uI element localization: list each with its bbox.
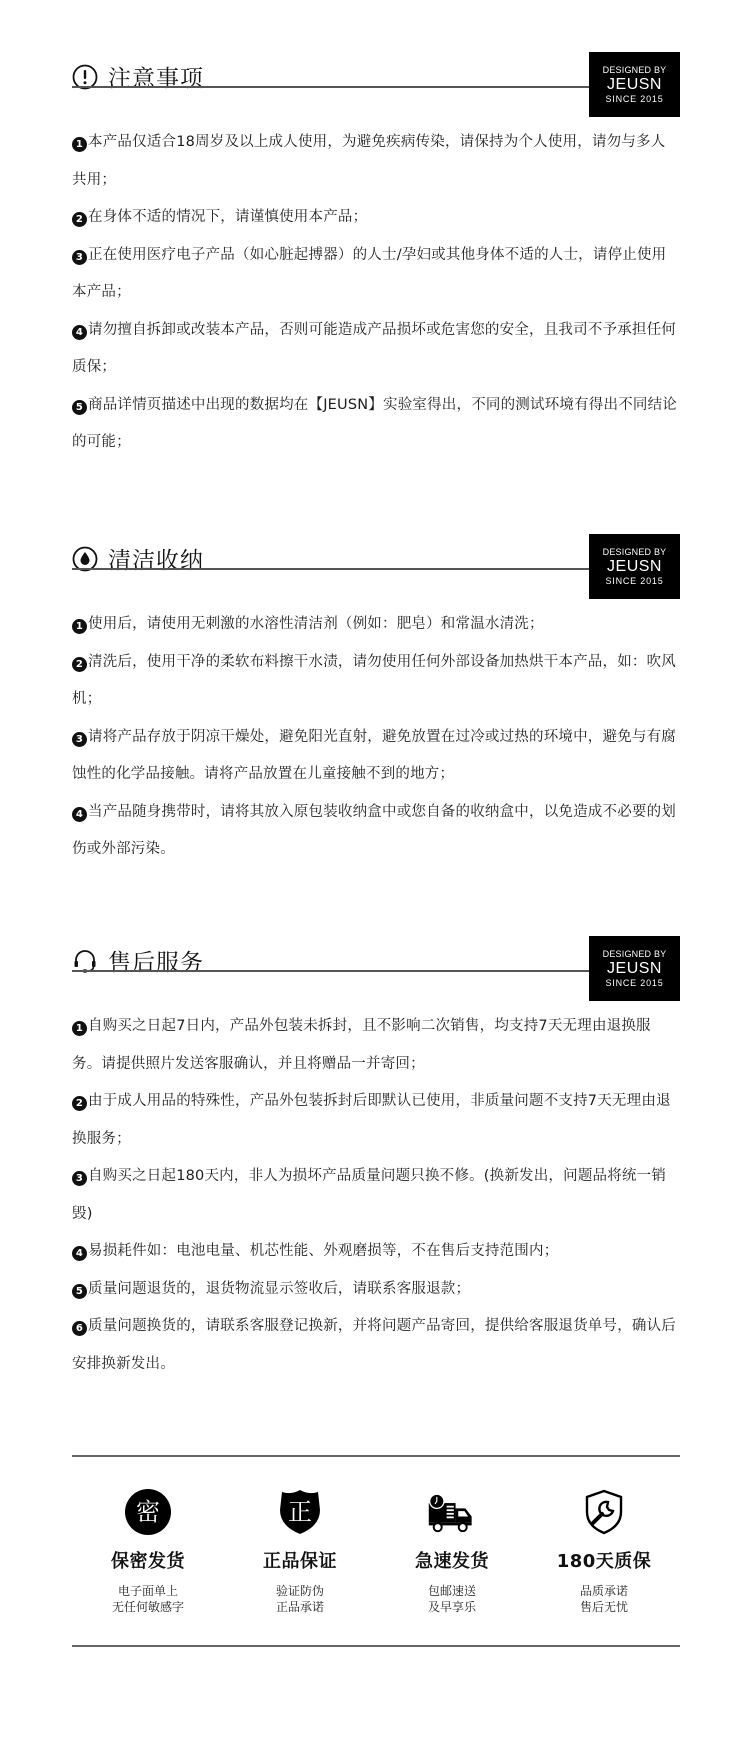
badge-line1: DESIGNED BY <box>603 950 667 959</box>
section-title: 清洁收纳 <box>72 542 204 575</box>
feature-subtitle: 电子面单上无任何敏感字 <box>112 1583 184 1615</box>
feature-title: 急速发货 <box>415 1547 489 1573</box>
list-item: 2在身体不适的情况下，请谨慎使用本产品； <box>72 199 680 237</box>
number-badge: 1 <box>72 1021 87 1036</box>
feature-strip: 密 保密发货 电子面单上无任何敏感字 正 正品保证 验证防伪正品承诺 急速发货 … <box>72 1487 680 1615</box>
badge-brand: JEUSN <box>607 961 662 977</box>
item-text: 本产品仅适合18周岁及以上成人使用，为避免疾病传染，请保持为个人使用，请勿与多人… <box>72 134 665 188</box>
section-divider <box>72 568 592 570</box>
badge-line1: DESIGNED BY <box>603 548 667 557</box>
list-item: 1自购买之日起7日内，产品外包装未拆封，且不影响二次销售，均支持7天无理由退换服… <box>72 1008 680 1083</box>
brand-badge: DESIGNED BY JEUSN SINCE 2015 <box>589 534 680 599</box>
item-text: 在身体不适的情况下，请谨慎使用本产品； <box>88 209 367 225</box>
section-notice: 注意事项 DESIGNED BY JEUSN SINCE 2015 1本产品仅适… <box>72 50 680 462</box>
item-text: 商品详情页描述中出现的数据均在【JEUSN】实验室得出，不同的测试环境有得出不同… <box>72 397 677 451</box>
list-item: 4请勿擅自拆卸或改装本产品，否则可能造成产品损坏或危害您的安全，且我司不予承担任… <box>72 312 680 387</box>
list-item: 3正在使用医疗电子产品（如心脏起搏器）的人士/孕妇或其他身体不适的人士，请停止使… <box>72 237 680 312</box>
number-badge: 2 <box>72 657 87 672</box>
item-text: 清洗后，使用干净的柔软布料擦干水渍，请勿使用任何外部设备加热烘干本产品，如：吹风… <box>72 654 676 708</box>
feature-title: 正品保证 <box>263 1547 337 1573</box>
feature-genuine: 正 正品保证 验证防伪正品承诺 <box>224 1487 376 1615</box>
section-header: 售后服务 DESIGNED BY JEUSN SINCE 2015 <box>72 934 680 1004</box>
section-title: 售后服务 <box>72 944 204 977</box>
feature-divider-top <box>72 1455 680 1457</box>
list-item: 1本产品仅适合18周岁及以上成人使用，为避免疾病传染，请保持为个人使用，请勿与多… <box>72 124 680 199</box>
number-badge: 3 <box>72 1171 87 1186</box>
list-item: 4当产品随身携带时，请将其放入原包装收纳盒中或您自备的收纳盒中，以免造成不必要的… <box>72 794 680 869</box>
section-header: 注意事项 DESIGNED BY JEUSN SINCE 2015 <box>72 50 680 120</box>
item-text: 请将产品存放于阴凉干燥处，避免阳光直射，避免放置在过冷或过热的环境中，避免与有腐… <box>72 729 676 783</box>
section-divider <box>72 970 592 972</box>
section-cleaning: 清洁收纳 DESIGNED BY JEUSN SINCE 2015 1使用后，请… <box>72 532 680 869</box>
item-text: 自购买之日起7日内，产品外包装未拆封，且不影响二次销售，均支持7天无理由退换服务… <box>72 1018 651 1072</box>
feature-subtitle: 品质承诺售后无忧 <box>580 1583 628 1615</box>
list-item: 5质量问题退货的，退货物流显示签收后，请联系客服退款； <box>72 1271 680 1309</box>
secret-seal-icon: 密 <box>123 1487 173 1537</box>
number-badge: 3 <box>72 250 87 265</box>
feature-title: 保密发货 <box>111 1547 185 1573</box>
badge-line3: SINCE 2015 <box>605 979 663 988</box>
brand-badge: DESIGNED BY JEUSN SINCE 2015 <box>589 936 680 1001</box>
after-sales-list: 1自购买之日起7日内，产品外包装未拆封，且不影响二次销售，均支持7天无理由退换服… <box>72 1008 680 1383</box>
section-title-text: 注意事项 <box>108 60 204 93</box>
badge-line1: DESIGNED BY <box>603 66 667 75</box>
list-item: 6质量问题换货的，请联系客服登记换新，并将问题产品寄回，提供给客服退货单号，确认… <box>72 1308 680 1383</box>
item-text: 由于成人用品的特殊性，产品外包装拆封后即默认已使用，非质量问题不支持7天无理由退… <box>72 1093 671 1147</box>
number-badge: 4 <box>72 325 87 340</box>
item-text: 自购买之日起180天内，非人为损坏产品质量问题只换不修。(换新发出，问题品将统一… <box>72 1168 666 1222</box>
feature-secret-shipping: 密 保密发货 电子面单上无任何敏感字 <box>72 1487 224 1615</box>
list-item: 2清洗后，使用干净的柔软布料擦干水渍，请勿使用任何外部设备加热烘干本产品，如：吹… <box>72 644 680 719</box>
number-badge: 1 <box>72 619 87 634</box>
item-text: 正在使用医疗电子产品（如心脏起搏器）的人士/孕妇或其他身体不适的人士，请停止使用… <box>72 247 666 301</box>
cleaning-list: 1使用后，请使用无刺激的水溶性清洁剂（例如：肥皂）和常温水清洗； 2清洗后，使用… <box>72 606 680 869</box>
list-item: 3自购买之日起180天内，非人为损坏产品质量问题只换不修。(换新发出，问题品将统… <box>72 1158 680 1233</box>
feature-subtitle: 验证防伪正品承诺 <box>276 1583 324 1615</box>
list-item: 1使用后，请使用无刺激的水溶性清洁剂（例如：肥皂）和常温水清洗； <box>72 606 680 644</box>
feature-divider-bottom <box>72 1645 680 1647</box>
item-text: 质量问题换货的，请联系客服登记换新，并将问题产品寄回，提供给客服退货单号，确认后… <box>72 1318 676 1372</box>
item-text: 易损耗件如：电池电量、机芯性能、外观磨损等，不在售后支持范围内； <box>88 1243 558 1259</box>
brand-badge: DESIGNED BY JEUSN SINCE 2015 <box>589 52 680 117</box>
number-badge: 2 <box>72 1096 87 1111</box>
number-badge: 4 <box>72 807 87 822</box>
svg-text:密: 密 <box>136 1498 160 1526</box>
item-text: 请勿擅自拆卸或改装本产品，否则可能造成产品损坏或危害您的安全，且我司不予承担任何… <box>72 322 676 376</box>
section-header: 清洁收纳 DESIGNED BY JEUSN SINCE 2015 <box>72 532 680 602</box>
number-badge: 3 <box>72 732 87 747</box>
number-badge: 6 <box>72 1321 87 1336</box>
section-divider <box>72 86 592 88</box>
badge-line3: SINCE 2015 <box>605 95 663 104</box>
number-badge: 5 <box>72 1284 87 1299</box>
list-item: 3请将产品存放于阴凉干燥处，避免阳光直射，避免放置在过冷或过热的环境中，避免与有… <box>72 719 680 794</box>
wrench-shield-icon <box>579 1487 629 1537</box>
number-badge: 4 <box>72 1246 87 1261</box>
list-item: 2由于成人用品的特殊性，产品外包装拆封后即默认已使用，非质量问题不支持7天无理由… <box>72 1083 680 1158</box>
feature-warranty: 180天质保 品质承诺售后无忧 <box>528 1487 680 1615</box>
notice-list: 1本产品仅适合18周岁及以上成人使用，为避免疾病传染，请保持为个人使用，请勿与多… <box>72 124 680 462</box>
badge-line3: SINCE 2015 <box>605 577 663 586</box>
badge-brand: JEUSN <box>607 77 662 93</box>
feature-title: 180天质保 <box>557 1547 652 1573</box>
number-badge: 5 <box>72 400 87 415</box>
number-badge: 1 <box>72 137 87 152</box>
section-title-text: 售后服务 <box>108 944 204 977</box>
genuine-shield-icon: 正 <box>275 1487 325 1537</box>
delivery-truck-icon <box>427 1487 477 1537</box>
feature-fast-delivery: 急速发货 包邮速送及早享乐 <box>376 1487 528 1615</box>
list-item: 5商品详情页描述中出现的数据均在【JEUSN】实验室得出，不同的测试环境有得出不… <box>72 387 680 462</box>
list-item: 4易损耗件如：电池电量、机芯性能、外观磨损等，不在售后支持范围内； <box>72 1233 680 1271</box>
badge-brand: JEUSN <box>607 559 662 575</box>
number-badge: 2 <box>72 212 87 227</box>
section-after-sales: 售后服务 DESIGNED BY JEUSN SINCE 2015 1自购买之日… <box>72 934 680 1383</box>
svg-text:正: 正 <box>288 1498 312 1526</box>
item-text: 使用后，请使用无刺激的水溶性清洁剂（例如：肥皂）和常温水清洗； <box>88 616 544 632</box>
item-text: 当产品随身携带时，请将其放入原包装收纳盒中或您自备的收纳盒中，以免造成不必要的划… <box>72 804 676 858</box>
feature-subtitle: 包邮速送及早享乐 <box>428 1583 476 1615</box>
section-title-text: 清洁收纳 <box>108 542 204 575</box>
section-title: 注意事项 <box>72 60 204 93</box>
item-text: 质量问题退货的，退货物流显示签收后，请联系客服退款； <box>88 1281 470 1297</box>
